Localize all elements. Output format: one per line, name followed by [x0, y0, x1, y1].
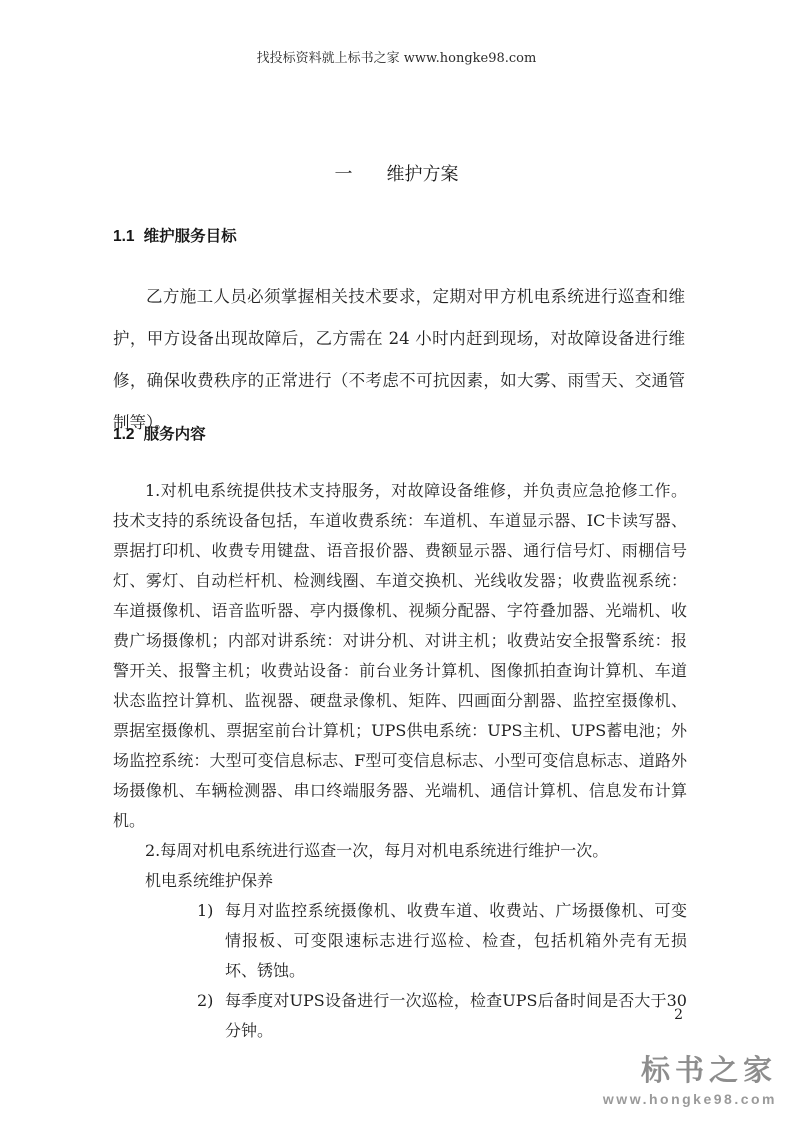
- list-item: 1) 每月对监控系统摄像机、收费车道、收费站、广场摄像机、可变情报板、可变限速标…: [113, 896, 687, 986]
- chapter-title-text: 维护方案: [387, 162, 459, 188]
- section-heading-1-1-number: 1.1: [113, 226, 135, 248]
- maintenance-goal-paragraph: 乙方施工人员必须掌握相关技术要求，定期对甲方机电系统进行巡查和维护，甲方设备出现…: [113, 276, 685, 444]
- list-item-text: 每月对监控系统摄像机、收费车道、收费站、广场摄像机、可变情报板、可变限速标志进行…: [225, 896, 687, 986]
- list-item: 2) 每季度对UPS设备进行一次巡检，检查UPS后备时间是否大于30分钟。: [113, 986, 687, 1046]
- watermark-url: www.hongke98.com: [603, 1091, 777, 1107]
- chapter-title-number: 一: [335, 162, 353, 188]
- list-item-text: 每季度对UPS设备进行一次巡检，检查UPS后备时间是否大于30分钟。: [225, 986, 687, 1046]
- service-content-body: 1.对机电系统提供技术支持服务，对故障设备维修，并负责应急抢修工作。技术支持的系…: [113, 476, 687, 1046]
- service-item-1-paragraph: 1.对机电系统提供技术支持服务，对故障设备维修，并负责应急抢修工作。技术支持的系…: [113, 476, 687, 836]
- list-item-marker: 2): [113, 986, 225, 1046]
- page-number: 2: [674, 1006, 683, 1024]
- chapter-title: 一 维护方案: [0, 162, 793, 188]
- section-heading-1-2-number: 1.2: [113, 424, 135, 446]
- section-heading-1-2-text: 服务内容: [144, 424, 206, 446]
- list-item-marker: 1): [113, 896, 225, 986]
- section-heading-1-1: 1.1 维护服务目标: [113, 226, 237, 248]
- service-item-2-paragraph: 2.每周对机电系统进行巡查一次，每月对机电系统进行维护一次。: [113, 836, 687, 866]
- document-page: 找投标资料就上标书之家 www.hongke98.com 一 维护方案 1.1 …: [0, 0, 793, 1122]
- watermark-logo-text: 标书之家: [603, 1054, 777, 1088]
- maintenance-task-list: 1) 每月对监控系统摄像机、收费车道、收费站、广场摄像机、可变情报板、可变限速标…: [113, 896, 687, 1046]
- maintenance-subheading: 机电系统维护保养: [113, 866, 687, 896]
- section-heading-1-2: 1.2 服务内容: [113, 424, 206, 446]
- running-header: 找投标资料就上标书之家 www.hongke98.com: [0, 50, 793, 67]
- section-heading-1-1-text: 维护服务目标: [144, 226, 237, 248]
- site-watermark: 标书之家 www.hongke98.com: [603, 1054, 777, 1107]
